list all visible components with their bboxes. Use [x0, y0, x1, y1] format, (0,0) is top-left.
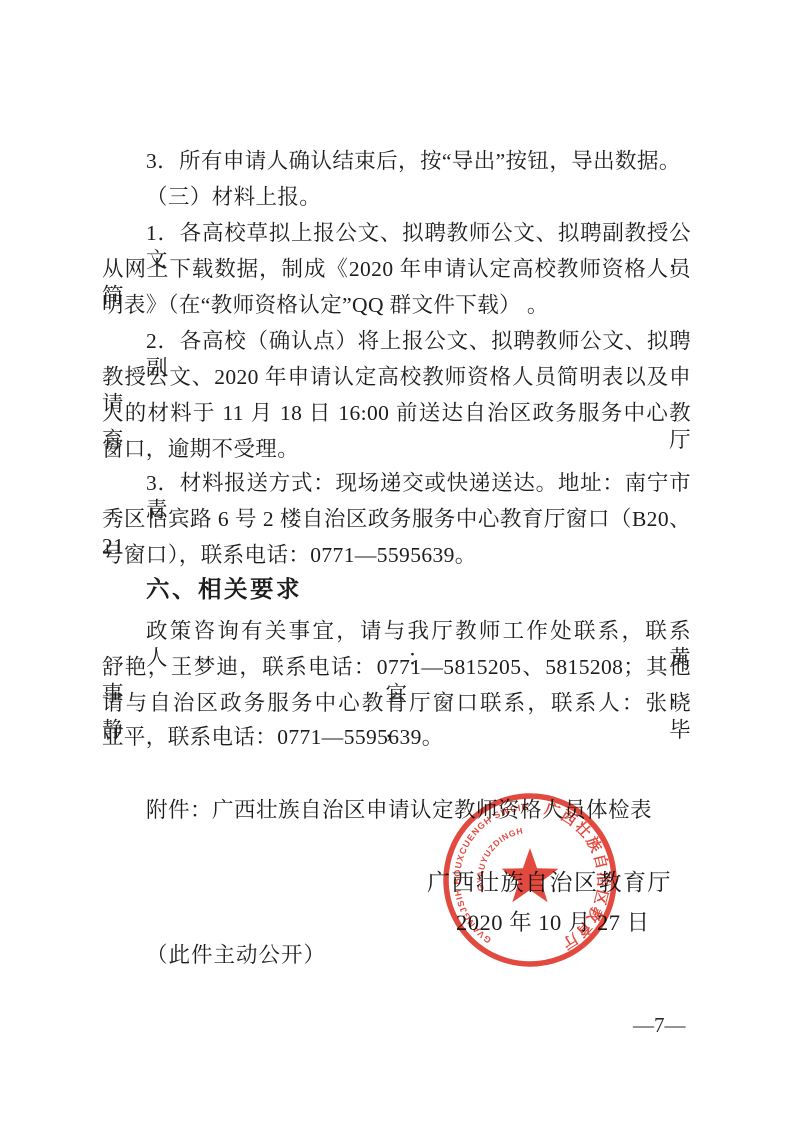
page-number: —7— [633, 1013, 686, 1038]
seal-chinese-text: 广西壮族自治区教育厅 [542, 800, 612, 953]
body-line: 3．所有申请人确认结束后，按“导出”按钮，导出数据。 [146, 148, 691, 175]
body-line: 号窗口），联系电话：0771—5595639。 [102, 542, 691, 569]
body-line: 亚平，联系电话：0771—5595639。 [102, 724, 691, 751]
body-line: 明表》（在“教师资格认定”QQ 群文件下载） 。 [102, 292, 691, 319]
disclosure-note: （此件主动公开） [146, 938, 326, 969]
body-line: 窗口，逾期不受理。 [102, 436, 691, 463]
seal-zhuang-inner-text: GYAUYUZDINGH [475, 825, 524, 891]
section-heading: 六、相关要求 [146, 576, 691, 603]
body-line: （三）材料上报。 [146, 184, 691, 211]
seal-star-icon [502, 848, 559, 902]
official-seal-icon: GVANGJSIH BOUXCUENGH SWCIGIH GYAUYUZDING… [441, 791, 619, 969]
document-page: 3．所有申请人确认结束后，按“导出”按钮，导出数据。 （三）材料上报。 1．各高… [0, 0, 793, 1122]
